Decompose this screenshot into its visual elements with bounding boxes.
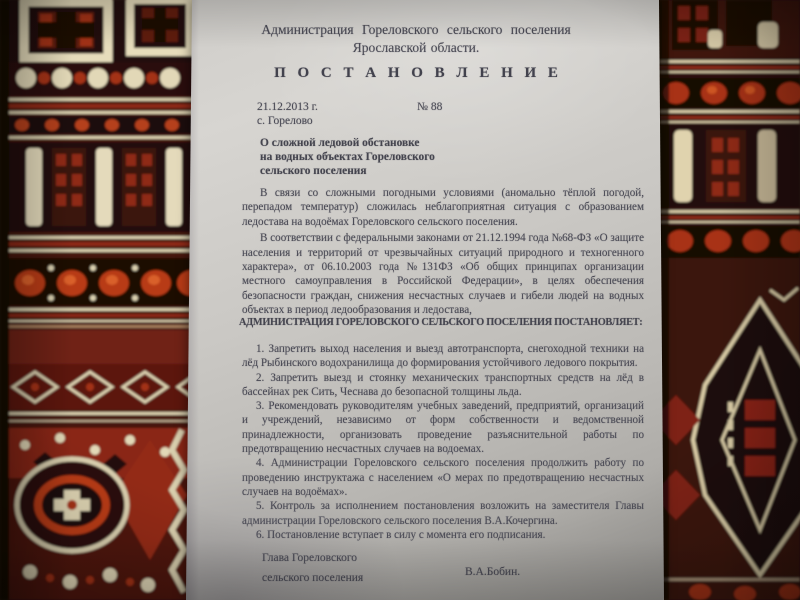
document-type-title: П О С Т А Н О В Л Е Н И Е: [223, 65, 609, 82]
preamble-paragraph-1: В связи со сложными погодными условиями …: [242, 186, 644, 229]
issuing-authority-line1: Администрация Гореловского сельского пос…: [223, 21, 609, 39]
signature-name: В.А.Бобин.: [465, 566, 520, 578]
preamble-paragraph-2: В соответствии с федеральными законами о…: [242, 231, 644, 317]
resolution-item: 2. Запретить выезд и стоянку механически…: [242, 371, 644, 400]
resolution-item: 3. Рекомендовать руководителям учебных з…: [242, 399, 644, 456]
signature-position-line2: сельского поселения: [262, 568, 363, 588]
carpet-left-border: [0, 0, 207, 600]
document-date-place: 21.12.2013 г. с. Горелово: [257, 100, 318, 128]
resolution-item: 4. Администрации Гореловского сельского …: [242, 456, 644, 499]
subject-line: О сложной ледовой обстановке: [260, 136, 435, 150]
issuing-authority: Администрация Гореловского сельского пос…: [223, 21, 609, 57]
resolution-item: 6. Постановление вступает в силу с момен…: [242, 528, 644, 542]
document-number: № 88: [417, 101, 442, 113]
preamble: В связи со сложными погодными условиями …: [242, 186, 644, 318]
photo-scene: Администрация Гореловского сельского пос…: [0, 0, 800, 600]
document-place: с. Горелово: [257, 114, 318, 128]
resolution-item: 5. Контроль за исполнением постановления…: [242, 499, 644, 528]
document-sheet: Администрация Гореловского сельского пос…: [183, 0, 667, 600]
resolution-header: АДМИНИСТРАЦИЯ ГОРЕЛОВСКОГО СЕЛЬСКОГО ПОС…: [239, 317, 642, 328]
document-subject: О сложной ледовой обстановке на водных о…: [260, 136, 435, 179]
subject-line: на водных объектах Гореловского: [260, 150, 435, 164]
signature-position-line1: Глава Гореловского: [262, 548, 363, 568]
document-sheet-wrap: Администрация Гореловского сельского пос…: [183, 0, 667, 600]
subject-line: сельского поселения: [260, 164, 435, 178]
signature-position: Глава Гореловского сельского поселения: [262, 548, 363, 588]
carpet-right-border: [652, 0, 800, 600]
issuing-authority-line2: Ярославской области.: [223, 39, 609, 57]
resolution-items: 1. Запретить выход населения и выезд авт…: [242, 342, 644, 542]
document-date: 21.12.2013 г.: [257, 100, 318, 114]
resolution-item: 1. Запретить выход населения и выезд авт…: [242, 342, 644, 371]
resolution-document: Администрация Гореловского сельского пос…: [183, 0, 667, 600]
